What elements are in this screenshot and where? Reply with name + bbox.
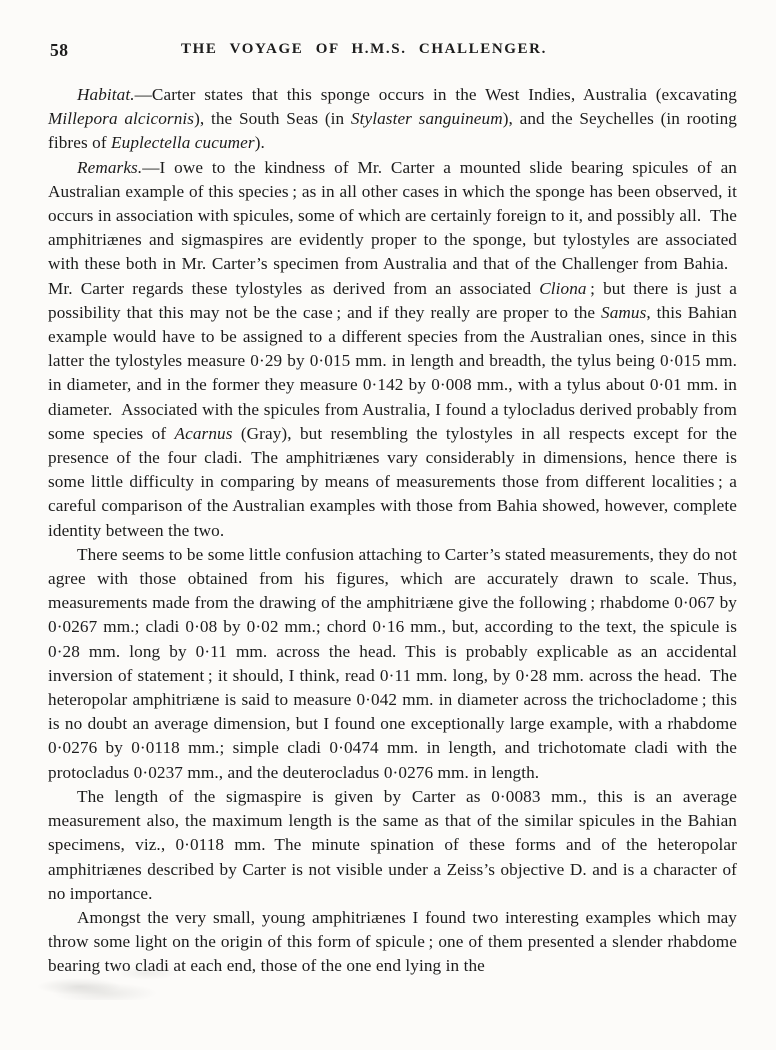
running-title: THE VOYAGE OF H.M.S. CHALLENGER. (181, 41, 547, 58)
text-run: Cliona (539, 279, 586, 298)
text-run: Stylaster sanguineum (351, 109, 503, 128)
page-number: 58 (50, 40, 69, 61)
text-run: —Carter states that this sponge occurs i… (135, 85, 737, 104)
page-header: 58 THE VOYAGE OF H.M.S. CHALLENGER. (0, 40, 776, 62)
text-run: Amongst the very small, young amphitriæn… (48, 908, 737, 975)
text-run: Samus (601, 303, 646, 322)
text-run: —I owe to the kindness of Mr. Carter a m… (48, 158, 737, 298)
text-run: Remarks. (77, 158, 142, 177)
text-run: Acarnus (175, 424, 233, 443)
text-run: The length of the sigmaspire is given by… (48, 787, 737, 903)
text-run: ), the South Seas (in (194, 109, 351, 128)
book-page: 58 THE VOYAGE OF H.M.S. CHALLENGER. Habi… (0, 0, 776, 1050)
text-run: , this Bahian example would have to be a… (48, 303, 737, 443)
text-run: Millepora alcicornis (48, 109, 194, 128)
text-run: There seems to be some little confusion … (48, 545, 737, 782)
paragraph: Remarks.—I owe to the kindness of Mr. Ca… (48, 156, 737, 543)
paragraph: The length of the sigmaspire is given by… (48, 785, 737, 906)
text-run: Habitat. (77, 85, 135, 104)
text-column: Habitat.—Carter states that this sponge … (48, 83, 737, 979)
paragraph: Habitat.—Carter states that this sponge … (48, 83, 737, 156)
text-run: ). (255, 133, 265, 152)
text-run: Euplectella cucumer (111, 133, 255, 152)
paragraph: Amongst the very small, young amphitriæn… (48, 906, 737, 979)
paragraph: There seems to be some little confusion … (48, 543, 737, 785)
